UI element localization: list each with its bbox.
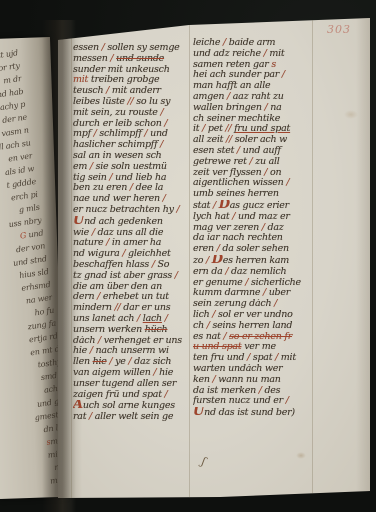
ink-text: on [267, 168, 281, 178]
ink-text: aaz raht zu [230, 92, 284, 102]
ink-text: So [155, 260, 170, 270]
ink-text: sal an in wesen sch [73, 151, 162, 161]
text-line: lych hat / und maz er [193, 212, 317, 223]
text-line: da ist merken / des [193, 386, 317, 397]
rubric-virgule: / [163, 194, 166, 204]
ink-text: nature [73, 238, 106, 248]
text-line: leibes lüste // so lu sy [73, 97, 197, 108]
ink-text: lych hat [193, 212, 232, 222]
ink-text: uber [266, 288, 290, 298]
ink-text: aigentlichen wissen [193, 178, 286, 188]
ink-text: treiben grobge [88, 75, 159, 85]
text-line: beschaffen hlass / So [73, 260, 197, 271]
ink-text: fursten nucz und er [193, 396, 286, 406]
ink-text: unser tugend allen ser [73, 379, 176, 389]
text-line: aigentlichen wissen / [193, 178, 317, 189]
ink-text: dern [73, 292, 97, 302]
parchment-stain [296, 452, 306, 459]
text-line: umb seines herren [193, 189, 317, 200]
ink-text: mit [278, 353, 296, 363]
ink-text: daz uns all die [95, 228, 163, 238]
ink-text: er nucz betrachten hy [73, 205, 177, 215]
ink-text: zaigen frü und spat [73, 390, 165, 400]
ink-text: ye [112, 357, 128, 367]
ink-text: dách [73, 336, 98, 346]
ink-text: haslicher schimpff [73, 140, 160, 150]
text-line: getrewe ret / zu all [193, 157, 317, 168]
ink-text: sol er ver undno [215, 310, 292, 320]
text-line: er nucz betrachten hy / [73, 205, 197, 216]
ink-text: und adz reiche [193, 49, 264, 59]
ink-text: nd ach gedenken [84, 216, 163, 227]
ink-text: daz sich [131, 357, 171, 367]
rubric-initial: U [193, 407, 204, 419]
text-line: amgen / aaz raht zu [193, 92, 317, 103]
ink-text: soler ach w [232, 135, 287, 145]
text-line: mag ver zeren / daz [193, 223, 317, 234]
ink-text: van aigem willen [73, 368, 153, 378]
ink-text: man hafft an alle [193, 81, 270, 91]
rubric-virgule: / [177, 205, 180, 215]
ink-text: und auff [240, 146, 281, 156]
text-line: fursten nucz und er / [193, 396, 317, 407]
text-line: kumm darmne / uber [193, 288, 317, 299]
ink-text: gleichhet [125, 249, 170, 259]
rubric-virgule: / [165, 314, 168, 324]
text-line: Auch sol arne kunges [73, 400, 197, 412]
manuscript-leaf: 303 essen / sollen sy semgemessen / und … [58, 14, 370, 498]
red-struck-rubric: u und spat [193, 342, 241, 352]
ink-text: wann nu man [215, 375, 280, 385]
text-line: ern da / daz nemlich [193, 267, 317, 278]
ink-text: da ist merken [193, 386, 259, 396]
ink-text: nae und wer heren [73, 194, 163, 204]
ink-text: ver me [241, 342, 275, 352]
rubric-virgule: / [164, 119, 167, 129]
ink-text: messen [73, 54, 110, 64]
ink-text: mit [267, 49, 285, 59]
rubric-virgule: / [282, 70, 285, 80]
ink-text: leiche [193, 38, 223, 48]
ink-text: dar er uns [120, 303, 170, 313]
ink-text: essen [73, 43, 102, 53]
ink-text: und [26, 228, 44, 239]
ink-text: sie soln uestmü [93, 162, 167, 172]
ink-text: daz [265, 223, 284, 233]
text-line: ten fru und / spat / mit [193, 353, 317, 364]
ink-text: umb seines herren [193, 189, 279, 199]
ink-text: mit anderr [109, 86, 161, 96]
ink-text: tig sein [73, 173, 109, 183]
rubric-virgule: / [160, 140, 163, 150]
ink-text: und maz er [235, 212, 289, 222]
text-line: warten undách wer [193, 364, 317, 375]
ink-text: zeit ver flyssen [193, 168, 264, 178]
text-line: zaigen frü und spat / [73, 390, 197, 401]
ink-text: schlimpff [97, 129, 145, 139]
text-line: wallen bringen / na [193, 103, 317, 114]
ink-text: ch seiner mechtike [193, 114, 280, 124]
text-line: dách / verhenget er uns [73, 336, 197, 347]
text-line: unsern werken hüch [73, 325, 197, 336]
text-line: durch er leib schon / [73, 119, 197, 130]
text-line: messen / und sunde [73, 54, 197, 65]
ink-text: samen reten gar [193, 60, 271, 70]
text-line: esen stet / und auff [193, 146, 317, 157]
text-line: ken / wann nu man [193, 375, 317, 386]
text-line: uns lanet ach / lach / [73, 314, 197, 325]
ink-text: lich [193, 310, 212, 320]
ink-text: hie [73, 346, 90, 356]
text-line: man hafft an alle [193, 81, 317, 92]
red-struck-text: hie [93, 357, 107, 367]
text-line: van aigem willen / hie [73, 368, 197, 379]
ink-text: mag ver zeren [193, 223, 262, 233]
ink-text: na [267, 103, 281, 113]
rubric-virgule: / [160, 108, 163, 118]
text-line: ben zu eren / dee la [73, 183, 197, 194]
rubric-initial: D [219, 200, 230, 212]
ink-text: sein zerung dách [193, 299, 274, 309]
rubric-virgule: / [175, 271, 178, 281]
text-line: ch / seins herren land [193, 321, 317, 332]
ink-text: dee la [133, 183, 163, 193]
text-line: sein zerung dách / [193, 299, 317, 310]
ink-text: m dr [3, 74, 22, 85]
ink-text: in amer ha [109, 238, 161, 248]
text-line: dern / erhebet un tut [73, 292, 197, 303]
ink-text: hie [156, 368, 173, 378]
ink-text: nd das ist sund ber) [204, 407, 295, 418]
ink-text: erhebet un tut [100, 292, 169, 302]
ink-text: ten fru und [193, 353, 247, 363]
text-line: sunder mit unkeusch [73, 65, 197, 76]
ink-text: em [73, 162, 90, 172]
rubric-text: s [271, 60, 276, 70]
facing-page-edge: ntt ujdnor rtym drnd habachy pt der neva… [0, 37, 66, 499]
text-line: samen reten gar s [193, 60, 317, 71]
text-line: lich / sol er ver undno [193, 310, 317, 321]
rubric-text: mit [73, 75, 88, 85]
ink-blot-mark: ʃ [200, 455, 207, 468]
ink-text: und [147, 129, 167, 139]
ink-text: amgen [193, 92, 227, 102]
red-struck-text: hüch [145, 325, 168, 335]
ink-text: all zeit [193, 135, 226, 145]
text-line: es nat / so er zehen fr [193, 332, 317, 343]
text-line: unser tugend allen ser [73, 379, 197, 390]
text-line: em / sie soln uestmü [73, 162, 197, 173]
ink-text: zu all [252, 157, 279, 167]
text-line: essen / sollen sy semge [73, 43, 197, 54]
ink-text: teusch [73, 86, 106, 96]
text-column-right: leiche / baide armund adz reiche / mitsa… [193, 38, 317, 419]
text-line: tz gnad ist aber grass / [73, 271, 197, 282]
ink-text: da soler sehen [220, 244, 289, 254]
text-line: Und das ist sund ber) [193, 407, 317, 419]
text-line: teusch / mit anderr [73, 86, 197, 97]
ink-text: as gucz erier [230, 200, 289, 211]
ink-text: verhenget er uns [101, 336, 182, 346]
ink-text: ern da [193, 267, 225, 277]
ink-text: it [193, 124, 202, 134]
ink-text: es nat [193, 332, 223, 342]
text-line: mit sein, zu rouste / [73, 108, 197, 119]
text-line: zeit ver flyssen / on [193, 168, 317, 179]
text-line: hei ach sunder par / [193, 70, 317, 81]
ink-text: wie [73, 228, 92, 238]
folio-number: 303 [327, 23, 351, 36]
ink-text: durch er leib schon [73, 119, 164, 129]
ink-text: nd wigura [73, 249, 122, 259]
text-line: die am über den an [73, 282, 197, 293]
ink-text: beschaffen hlass [73, 260, 152, 270]
text-line: sal an in wesen sch [73, 151, 197, 162]
rubric-virgule: / [286, 396, 289, 406]
text-line: tig sein / und lieb ha [73, 173, 197, 184]
ink-text: ch [193, 321, 207, 331]
ink-text: uch sol arne kunges [83, 400, 175, 411]
text-line: u und spat ver me [193, 342, 317, 353]
ink-text: mpf [73, 129, 94, 139]
ink-text: ho fu [34, 306, 55, 318]
ink-text: baide arm [226, 38, 275, 48]
ink-text: nach unserm wi [93, 346, 169, 356]
text-line: und adz reiche / mit [193, 49, 317, 60]
text-column-left: essen / sollen sy semgemessen / und sund… [73, 43, 197, 423]
ink-text: die am über den an [73, 282, 162, 292]
ink-text: es herren kam [223, 255, 289, 266]
ink-text: kumm darmne [193, 288, 263, 298]
ink-text: zo [193, 255, 206, 266]
text-line: rat / aller welt sein ge [73, 412, 197, 423]
ink-text: sicherliche [248, 278, 301, 288]
ink-text: eren [193, 244, 217, 254]
rubric-virgule: / [274, 299, 277, 309]
text-line: hie / nach unserm wi [73, 346, 197, 357]
red-underlined-text: fru und spat [234, 124, 290, 134]
ink-text: daz nemlich [228, 267, 286, 277]
ink-text: g mls [18, 203, 40, 215]
ink-text: ken [193, 375, 213, 385]
text-line: all zeit // soler ach w [193, 135, 317, 146]
red-struck-text: und sunde [116, 54, 164, 64]
ink-text: er genume [193, 278, 245, 288]
facing-page-text-fragments: ntt ujdnor rtym drnd habachy pt der neva… [0, 46, 66, 492]
ruling-line-left-margin [71, 14, 72, 498]
ink-text: getrewe ret [193, 157, 249, 167]
ink-text: aller welt sein ge [92, 412, 173, 422]
text-line: haslicher schimpff / [73, 140, 197, 151]
ink-text: sunder mit unkeusch [73, 65, 170, 75]
ink-text: llen [73, 357, 93, 367]
rubric-virgule: / [165, 390, 168, 400]
text-line: nature / in amer ha [73, 238, 197, 249]
ink-text: wallen bringen [193, 103, 265, 113]
rubric-initial: U [73, 216, 84, 228]
ink-text: sollen sy semge [105, 43, 180, 53]
red-struck-rubric: so er zehen fr [229, 332, 292, 342]
ink-text: pet [205, 124, 225, 134]
ink-text: mindern [73, 303, 115, 313]
ink-text: ben zu eren [73, 183, 130, 193]
text-line: ch seiner mechtike [193, 114, 317, 125]
ink-text: seins herren land [210, 321, 293, 331]
text-line: er genume / sicherliche [193, 278, 317, 289]
ink-text: des [262, 386, 281, 396]
red-underlined-text: lach [143, 314, 162, 324]
ink-text: hei ach sunder par [193, 70, 282, 80]
text-line: leiche / baide arm [193, 38, 317, 49]
text-line: da iar nach rechten [193, 233, 317, 244]
text-line: eren / da soler sehen [193, 244, 317, 255]
rubric-virgule: / [286, 178, 289, 188]
text-line: llen hie / ye / daz sich [73, 357, 197, 368]
ink-text: uns lanet ach [73, 314, 137, 324]
ink-text: spat [250, 353, 275, 363]
text-line: it / pet // fru und spat [193, 124, 317, 135]
ink-text: warten undách wer [193, 364, 282, 374]
parchment-stain [344, 110, 358, 119]
ink-text: und lieb ha [112, 173, 166, 183]
ink-text: esen stet [193, 146, 237, 156]
ink-text: tz gnad ist aber grass [73, 271, 175, 281]
rubric-initial: A [73, 400, 83, 412]
ink-text: stat [193, 200, 213, 211]
ink-text: leibes lüste [73, 97, 128, 107]
text-line: mpf / schlimpff / und [73, 129, 197, 140]
text-line: mindern // dar er uns [73, 303, 197, 314]
rubric-initial: D [212, 255, 223, 267]
text-line: zo / Des herren kam [193, 255, 317, 267]
text-line: Und ach gedenken [73, 216, 197, 228]
text-line: nd wigura / gleichhet [73, 249, 197, 260]
text-line: nae und wer heren / [73, 194, 197, 205]
text-line: stat / Das gucz erier [193, 200, 317, 212]
text-line: wie / daz uns all die [73, 228, 197, 239]
ink-text: da iar nach rechten [193, 233, 283, 243]
manuscript-photo: ntt ujdnor rtym drnd habachy pt der neva… [0, 0, 376, 512]
ink-text: so lu sy [133, 97, 170, 107]
ink-text: mit sein, zu rouste [73, 108, 160, 118]
ink-text: rat [73, 412, 89, 422]
ink-text: unsern werken [73, 325, 145, 335]
text-line: mit treiben grobge [73, 75, 197, 86]
